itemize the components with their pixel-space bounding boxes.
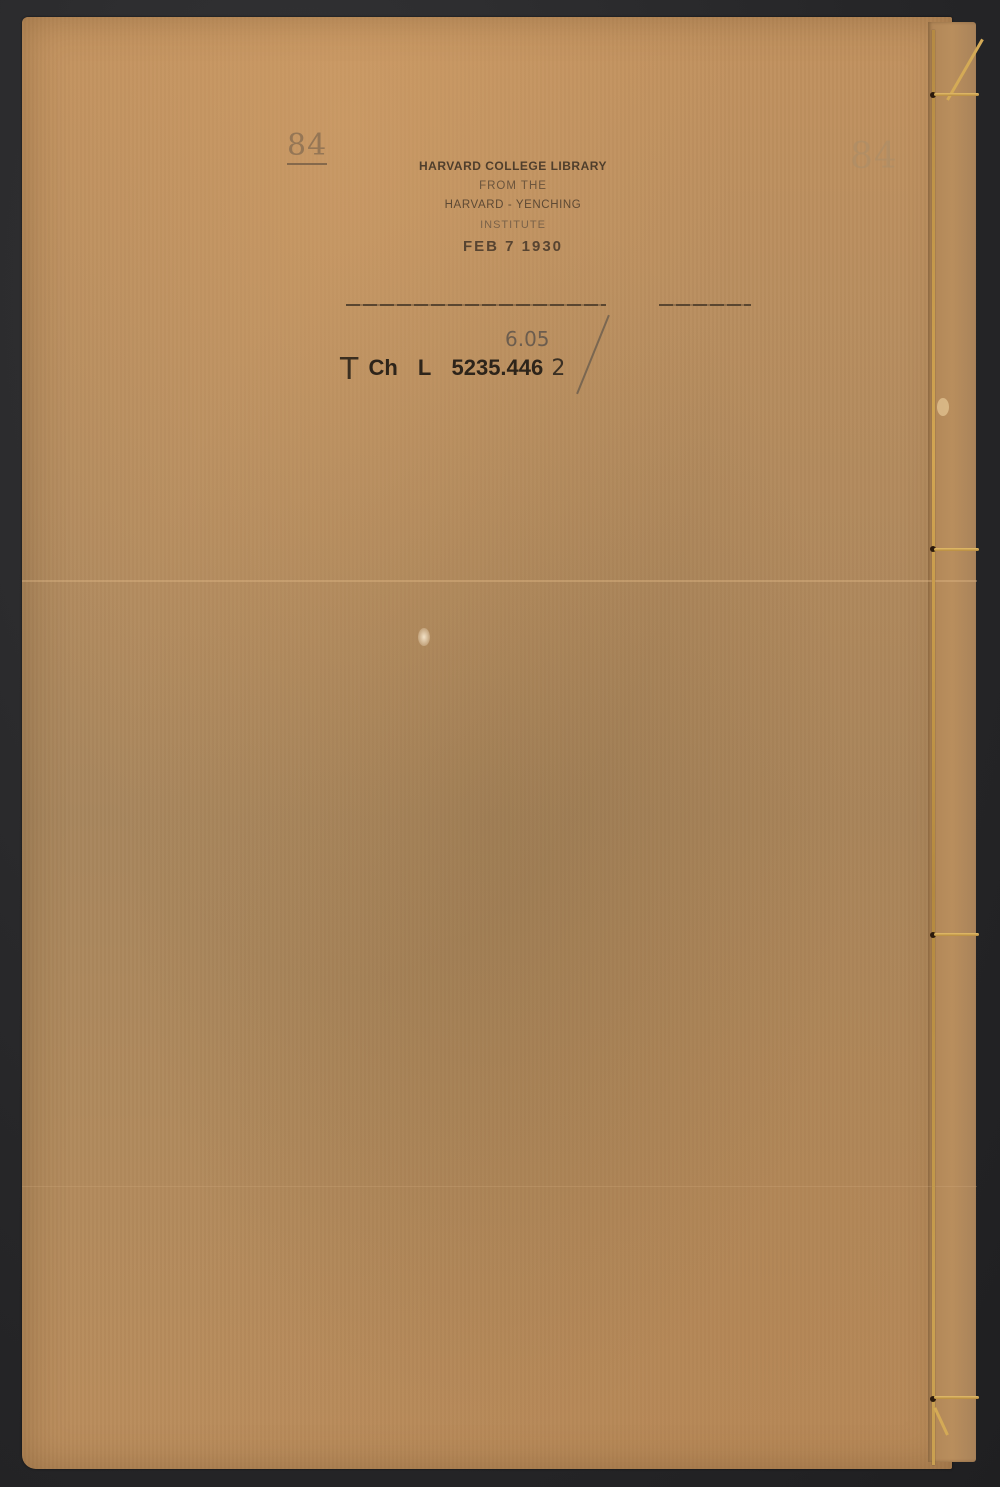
- divider-line-right: [659, 304, 751, 306]
- binding-stitch: [934, 93, 979, 96]
- call-number-suffix: 2: [551, 356, 565, 381]
- stamp-line-from: FROM THE: [398, 177, 628, 197]
- binding-stitch: [934, 548, 979, 551]
- divider-line-left: [346, 304, 606, 306]
- library-stamp: HARVARD COLLEGE LIBRARY FROM THE HARVARD…: [398, 157, 628, 257]
- stamp-line-institute-name: HARVARD - YENCHING: [398, 196, 628, 216]
- binding-stitch: [934, 1396, 979, 1399]
- call-number-prefix: T: [340, 352, 358, 387]
- pencil-number-left: 84: [287, 128, 327, 163]
- binding-thread: [932, 30, 935, 1465]
- paper-blemish: [418, 628, 430, 646]
- fold-crease-middle: [22, 580, 977, 582]
- stamp-line-institute: INSTITUTE: [398, 216, 628, 236]
- fold-crease-lower: [22, 1186, 977, 1187]
- call-number-part1: Ch: [368, 355, 397, 380]
- binding-stitch: [934, 933, 979, 936]
- pencil-number-right: 84: [850, 136, 898, 177]
- call-number-part2: L: [418, 355, 431, 380]
- paper-repair-patch: [937, 398, 949, 416]
- cover-flap: [928, 22, 976, 1462]
- call-number-part3: 5235.446: [451, 355, 543, 380]
- stamp-date: FEB 7 1930: [398, 237, 628, 257]
- stamp-line-library: HARVARD COLLEGE LIBRARY: [398, 157, 628, 177]
- call-number: T Ch L 5235.446 2: [340, 348, 565, 383]
- pencil-number-left-text: 84: [287, 128, 327, 165]
